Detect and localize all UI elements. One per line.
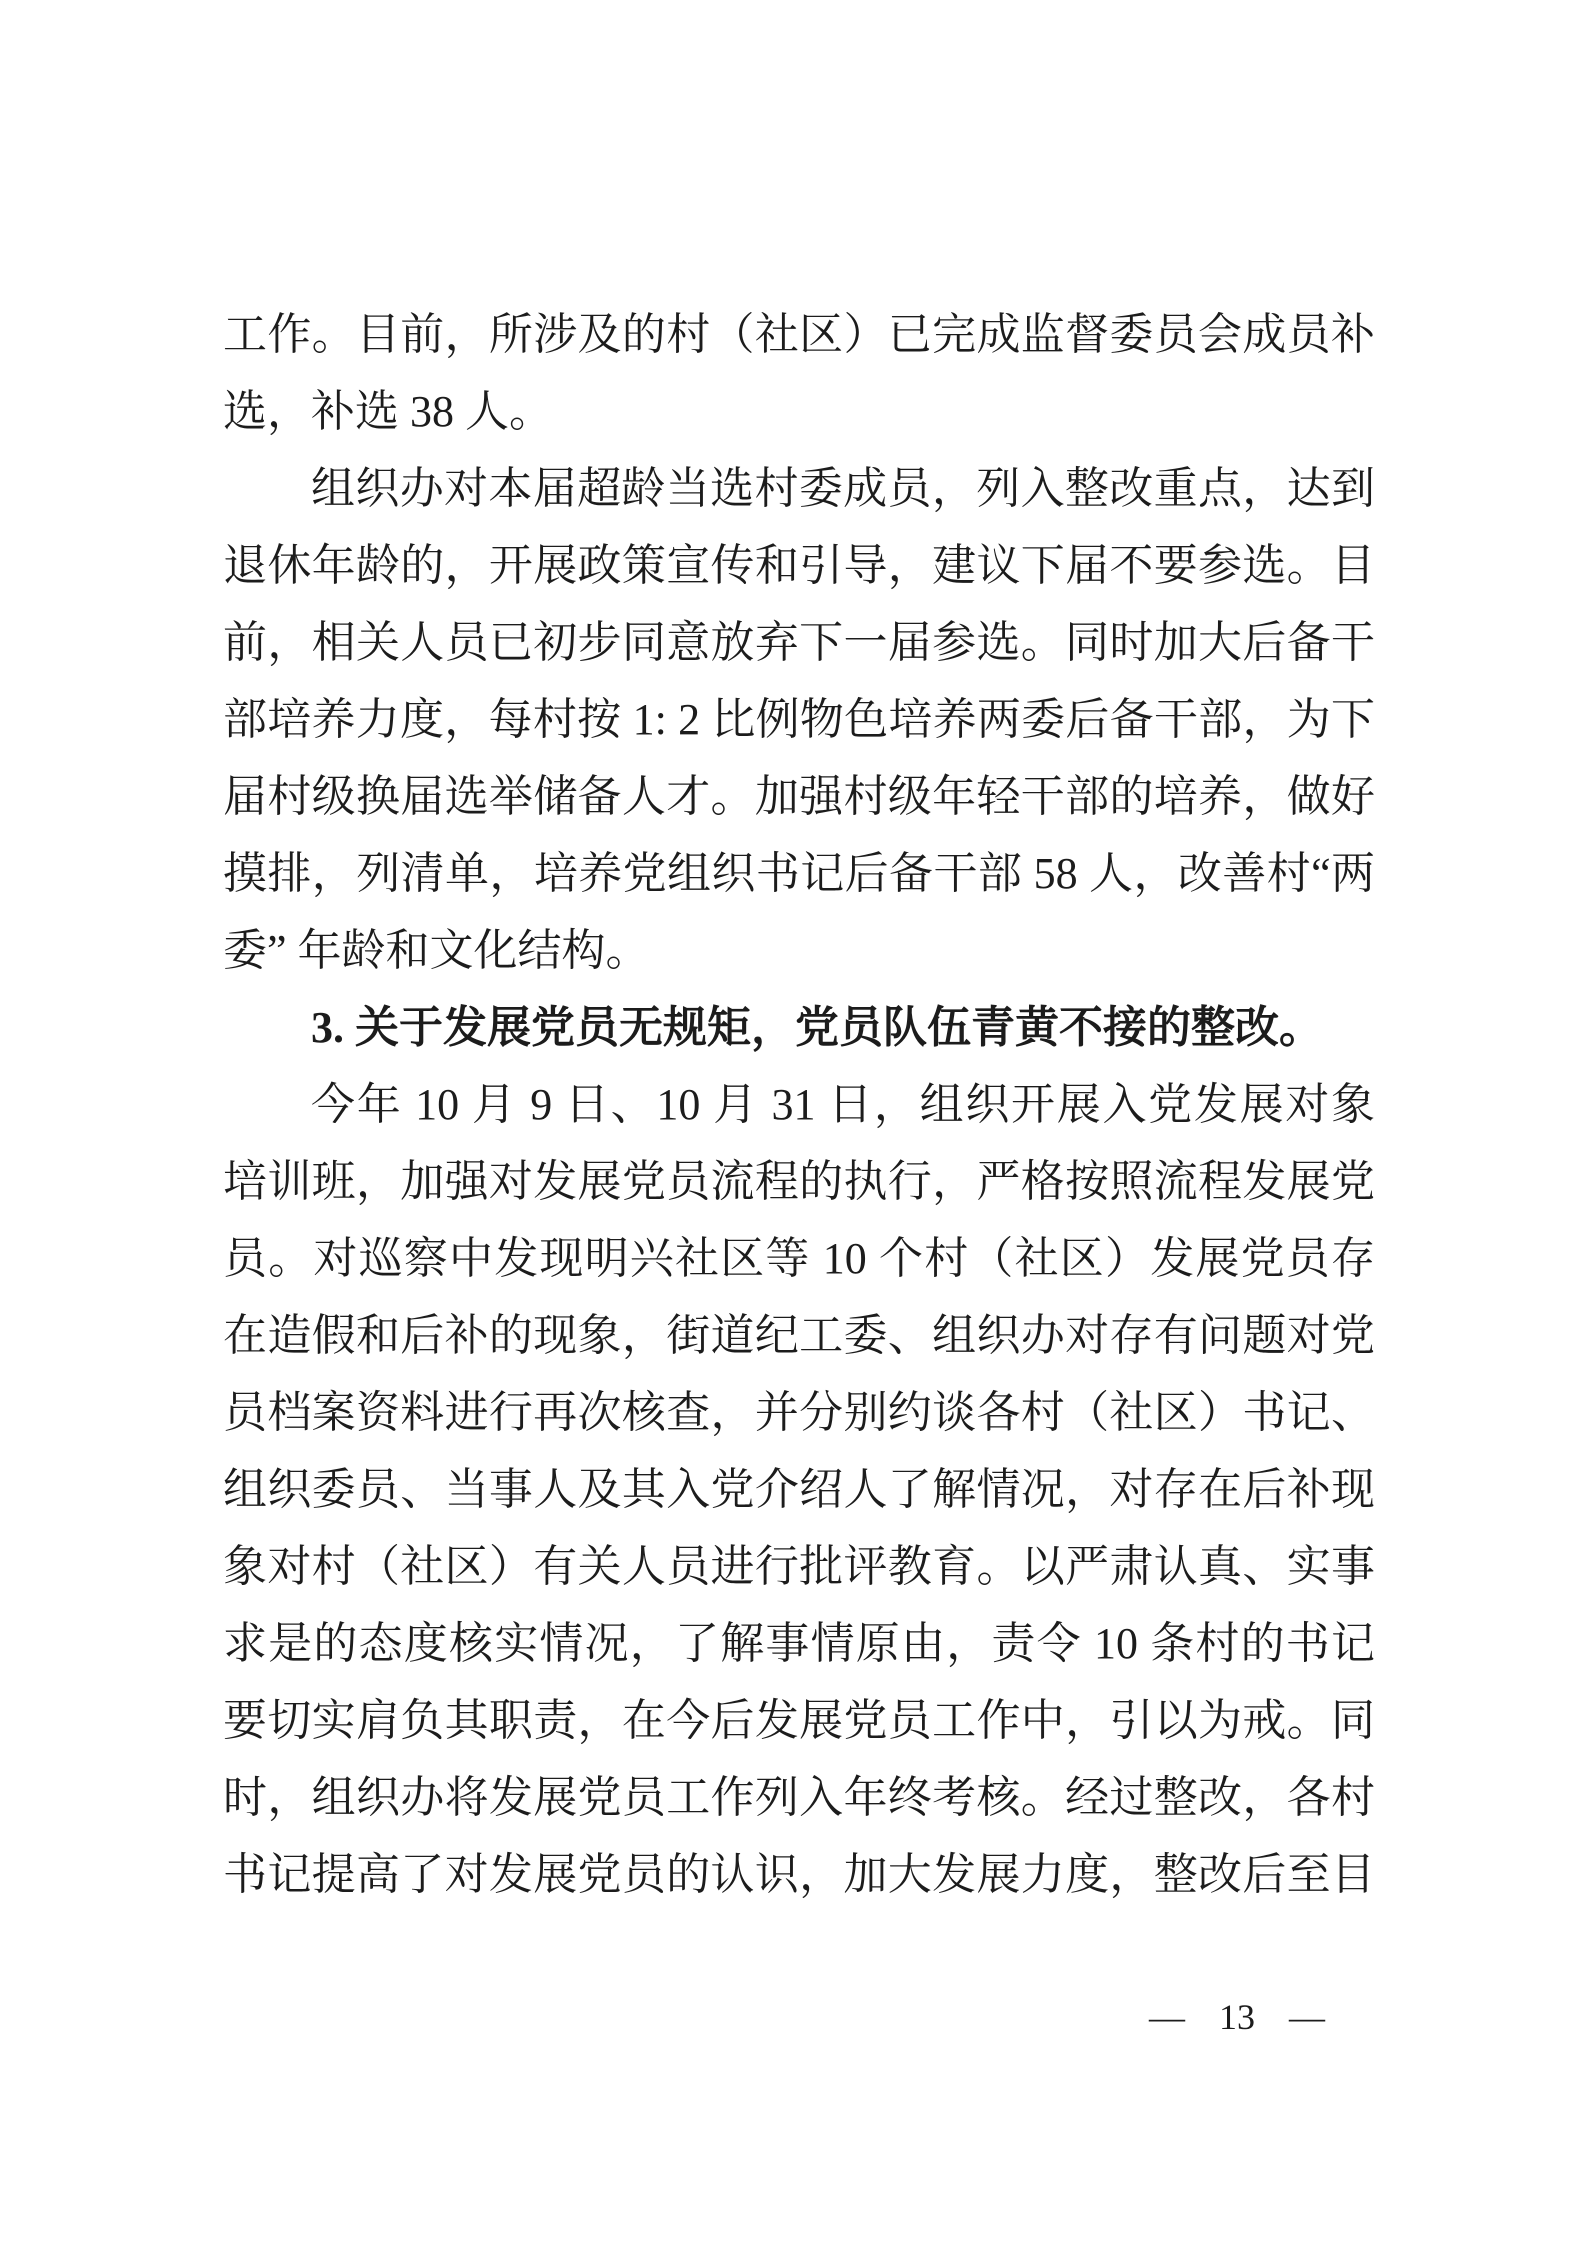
text-line: 求是的态度核实情况，了解事情原由，责令 10 条村的书记 [223,1605,1375,1682]
page-number: 13 [1219,1996,1255,2038]
heading-line: 3. 关于发展党员无规矩，党员队伍青黄不接的整改。 [223,989,1375,1066]
text-line: 前，相关人员已初步同意放弃下一届参选。同时加大后备干 [223,604,1375,681]
page-number-dash-left: — [1149,1996,1185,2038]
text-line: 组织办对本届超龄当选村委成员，列入整改重点，达到 [223,450,1375,527]
text-line: 委” 年龄和文化结构。 [223,912,1375,989]
text-line: 书记提高了对发展党员的认识，加大发展力度，整改后至目 [223,1836,1375,1913]
text-line: 员档案资料进行再次核查，并分别约谈各村（社区）书记、 [223,1374,1375,1451]
text-line: 届村级换届选举储备人才。加强村级年轻干部的培养，做好 [223,758,1375,835]
text-line: 组织委员、当事人及其入党介绍人了解情况，对存在后补现 [223,1451,1375,1528]
text-line: 要切实肩负其职责，在今后发展党员工作中，引以为戒。同 [223,1682,1375,1759]
text-line: 时，组织办将发展党员工作列入年终考核。经过整改，各村 [223,1759,1375,1836]
text-line: 选，补选 38 人。 [223,373,1375,450]
body-text: 工作。目前，所涉及的村（社区）已完成监督委员会成员补选，补选 38 人。组织办对… [223,296,1375,1913]
text-line: 员。对巡察中发现明兴社区等 10 个村（社区）发展党员存 [223,1220,1375,1297]
text-line: 工作。目前，所涉及的村（社区）已完成监督委员会成员补 [223,296,1375,373]
text-line: 部培养力度，每村按 1: 2 比例物色培养两委后备干部，为下 [223,681,1375,758]
document-page: 工作。目前，所涉及的村（社区）已完成监督委员会成员补选，补选 38 人。组织办对… [0,0,1587,2245]
text-line: 培训班，加强对发展党员流程的执行，严格按照流程发展党 [223,1143,1375,1220]
page-footer: — 13 — [1149,1996,1325,2038]
text-line: 摸排，列清单，培养党组织书记后备干部 58 人，改善村“两 [223,835,1375,912]
text-line: 今年 10 月 9 日、10 月 31 日，组织开展入党发展对象 [223,1066,1375,1143]
page-number-dash-right: — [1289,1996,1325,2038]
text-line: 在造假和后补的现象，街道纪工委、组织办对存有问题对党 [223,1297,1375,1374]
text-line: 退休年龄的，开展政策宣传和引导，建议下届不要参选。目 [223,527,1375,604]
text-line: 象对村（社区）有关人员进行批评教育。以严肃认真、实事 [223,1528,1375,1605]
